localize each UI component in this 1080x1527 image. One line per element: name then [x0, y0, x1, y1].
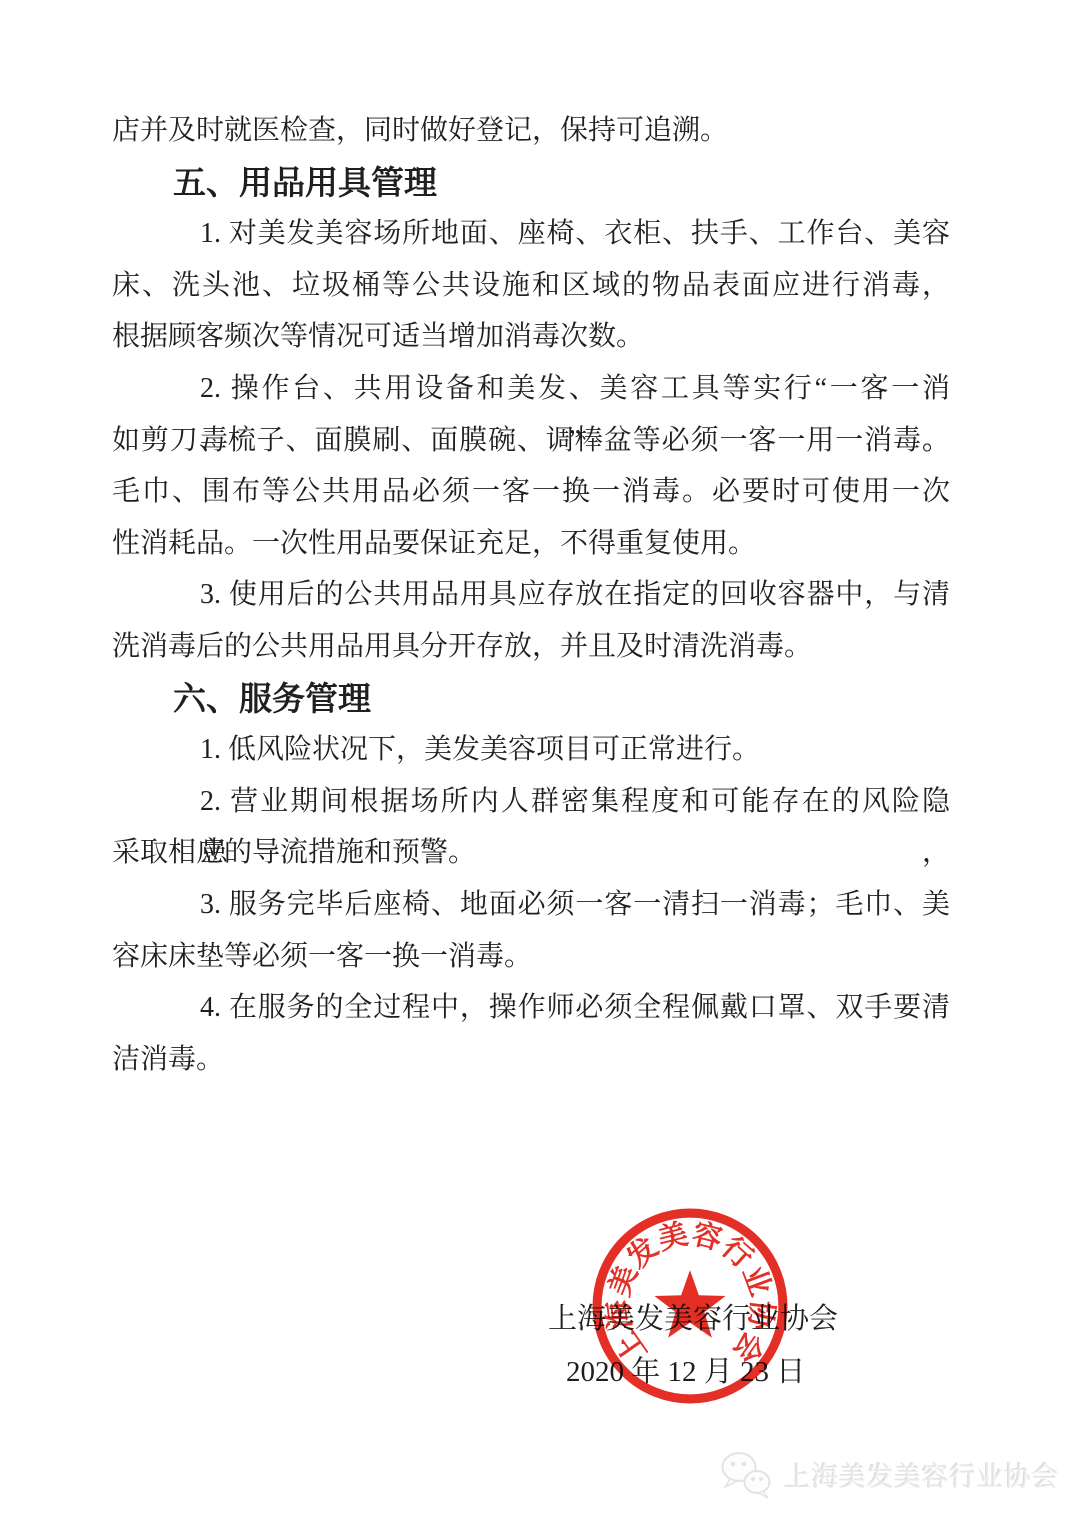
section-heading: 五、用品用具管理: [112, 157, 950, 209]
document-line: 1. 对美发美容场所地面、座椅、衣柜、扶手、工作台、美容: [112, 208, 950, 260]
document-line: 性消耗品。一次性用品要保证充足，不得重复使用。: [112, 518, 950, 570]
seal-character: 美: [655, 1217, 691, 1256]
document-line: 如剪刀、梳子、面膜刷、面膜碗、调棒盆等必须一客一用一消毒。: [112, 415, 950, 467]
document-line: 洗消毒后的公共用品用具分开存放，并且及时清洗消毒。: [112, 621, 950, 673]
document-line: 床、洗头池、垃圾桶等公共设施和区域的物品表面应进行消毒，: [112, 260, 950, 312]
document-line: 4. 在服务的全过程中，操作师必须全程佩戴口罩、双手要清: [112, 982, 950, 1034]
section-heading: 六、服务管理: [112, 673, 950, 725]
document-page: 店并及时就医检查，同时做好登记，保持可追溯。五、用品用具管理1. 对美发美容场所…: [0, 0, 1080, 1527]
document-line: 洁消毒。: [112, 1034, 950, 1086]
footer-watermark: 上海美发美容行业协会: [716, 1448, 1059, 1500]
document-line: 店并及时就医检查，同时做好登记，保持可追溯。: [112, 105, 950, 157]
document-line: 容床床垫等必须一客一换一消毒。: [112, 931, 950, 983]
document-line: 2. 操作台、共用设备和美发、美容工具等实行“一客一消毒”。: [112, 363, 950, 415]
document-line: 2. 营业期间根据场所内人群密集程度和可能存在的风险隐患，: [112, 776, 950, 828]
official-seal: 上海美发美容行业协会: [589, 1205, 791, 1407]
footer-label: 上海美发美容行业协会: [784, 1455, 1059, 1494]
seal-star-icon: [654, 1270, 725, 1338]
document-line: 根据顾客频次等情况可适当增加消毒次数。: [112, 311, 950, 363]
document-line: 1. 低风险状况下，美发美容项目可正常进行。: [112, 724, 950, 776]
seal-character: 海: [601, 1298, 637, 1332]
document-line: 3. 服务完毕后座椅、地面必须一客一清扫一消毒；毛巾、美: [112, 879, 950, 931]
document-line: 毛巾、围布等公共用品必须一客一换一消毒。必要时可使用一次: [112, 466, 950, 518]
document-body: 店并及时就医检查，同时做好登记，保持可追溯。五、用品用具管理1. 对美发美容场所…: [112, 105, 950, 1085]
wechat-icon: [716, 1448, 774, 1500]
document-line: 3. 使用后的公共用品用具应存放在指定的回收容器中，与清: [112, 569, 950, 621]
